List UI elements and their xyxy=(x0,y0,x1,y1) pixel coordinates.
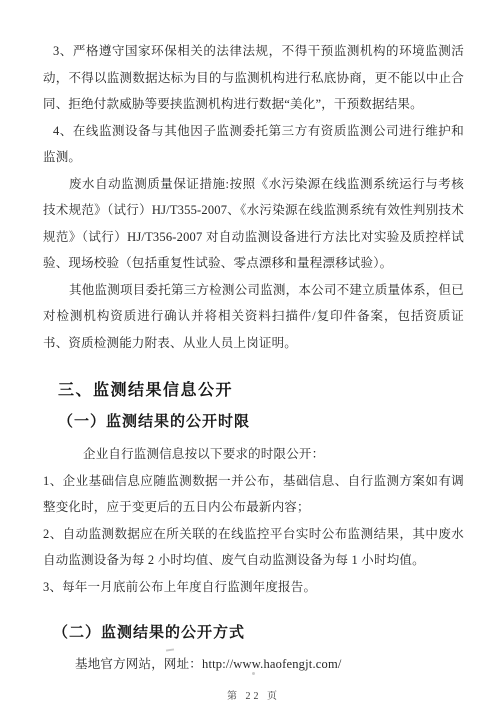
section-heading-3: 三、监测结果信息公开 xyxy=(58,378,464,405)
paragraph-item-3: 3、严格遵守国家环保相关的法律法规，不得干预监测机构的环境监测活动，不得以监测数… xyxy=(43,38,464,118)
subsection-heading-1: （一）监测结果的公开时限 xyxy=(58,409,464,436)
scan-artifact-dot xyxy=(252,672,255,675)
disclosure-item-2: 2、自动监测数据应在所关联的在线监控平台实时公布监测结果，其中废水自动监测设备为… xyxy=(43,521,464,574)
disclosure-item-3: 3、每年一月底前公布上年度自行监测年度报告。 xyxy=(43,574,464,601)
paragraph-item-4: 4、在线监测设备与其他因子监测委托第三方有资质监测公司进行维护和监测。 xyxy=(43,118,464,171)
disclosure-item-1: 1、企业基础信息应随监测数据一并公布，基础信息、自行监测方案如有调整变化时，应于… xyxy=(43,468,464,521)
document-content: 3、严格遵守国家环保相关的法律法规，不得干预监测机构的环境监测活动，不得以监测数… xyxy=(43,38,464,707)
paragraph-other-monitoring: 其他监测项目委托第三方检测公司监测，本公司不建立质量体系，但已对检测机构资质进行… xyxy=(43,277,464,357)
page-number: 第 22 页 xyxy=(227,691,280,702)
page-footer: 第 22 页 xyxy=(43,684,464,707)
subsection-heading-2: （二）监测结果的公开方式 xyxy=(53,620,464,647)
document-page: 3、严格遵守国家环保相关的法律法规，不得干预监测机构的环境监测活动，不得以监测数… xyxy=(0,0,500,707)
paragraph-wastewater-qa: 废水自动监测质量保证措施:按照《水污染源在线监测系统运行与考核技术规范》（试行）… xyxy=(43,171,464,277)
disclosure-intro-line: 企业自行监测信息按以下要求的时限公开： xyxy=(43,441,464,468)
